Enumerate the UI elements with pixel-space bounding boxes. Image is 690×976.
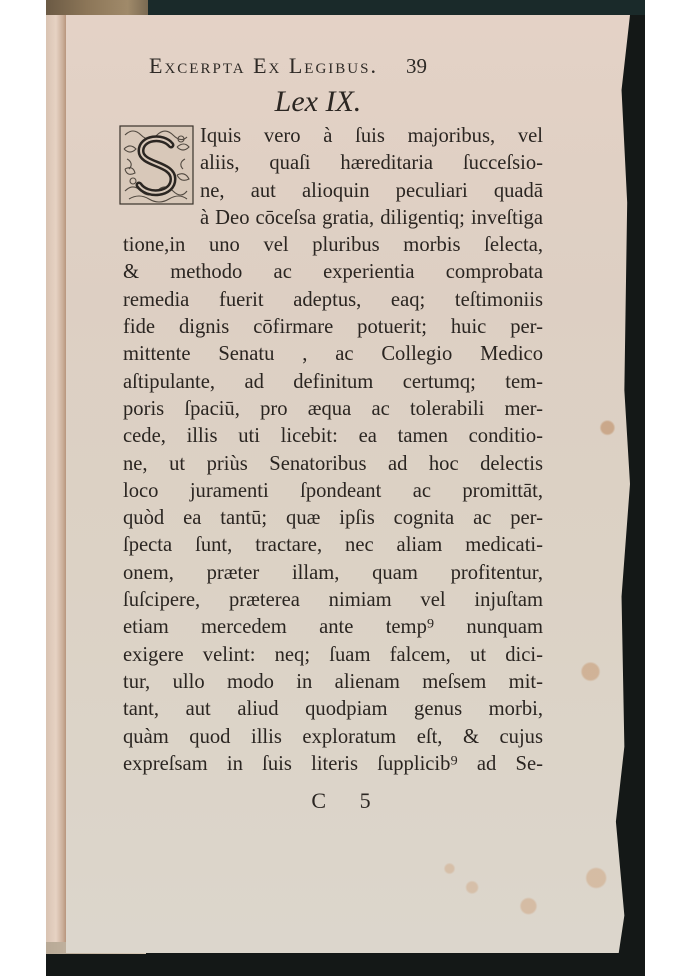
top-edge-strip (46, 0, 148, 15)
text-line: ſpecta ſunt, tractare, nec aliam medicat… (123, 532, 543, 559)
text-line: onem, præter illam, quam profitentur, (123, 560, 543, 587)
text-line: etiam mercedem ante temp⁹ nunquam (123, 614, 543, 641)
text-line: loco juramenti ſpondeant ac promittāt, (123, 478, 543, 505)
text-line: quàm quod illis exploratum eſt, & cujus (123, 724, 543, 751)
page-content: Excerpta Ex Legibus. 39 Lex IX. (123, 53, 543, 814)
text-line: fide dignis cōfirmare potuerit; huic per… (123, 314, 543, 341)
text-line: expreſsam in ſuis literis ſupplicib⁹ ad … (123, 751, 543, 778)
text-line: quòd ea tantū; quæ ipſis cognita ac per- (123, 505, 543, 532)
paper-page: Excerpta Ex Legibus. 39 Lex IX. (66, 15, 630, 953)
text-line: ne, ut priùs Senatoribus ad hoc delectis (123, 451, 543, 478)
running-title: Excerpta Ex Legibus. (149, 53, 378, 79)
text-line: & methodo ac experientia comprobata (123, 259, 543, 286)
text-line: ſuſcipere, præterea nimiam vel injuſtam (123, 587, 543, 614)
running-head: Excerpta Ex Legibus. 39 (123, 53, 543, 85)
text-line: tur, ullo modo in alienam meſsem mit- (123, 669, 543, 696)
section-title: Lex IX. (123, 85, 543, 119)
text-line: poris ſpaciū, pro æqua ac tolerabili mer… (123, 396, 543, 423)
text-line: remedia fuerit adeptus, eaq; teſtimoniis (123, 287, 543, 314)
text-line: exigere velint: neq; ſuam falcem, ut dic… (123, 642, 543, 669)
binding-edge (46, 15, 67, 942)
text-line: aſtipulante, ad definitum certumq; tem- (123, 369, 543, 396)
text-line: à Deo cōceſsa gratia, diligentiq; inveſt… (123, 205, 543, 232)
text-line: cede, illis uti licebit: ea tamen condit… (123, 423, 543, 450)
scanned-book-page: Excerpta Ex Legibus. 39 Lex IX. (46, 0, 645, 976)
decorated-initial-icon (119, 125, 194, 205)
text-line: tione,in uno vel pluribus morbis ſelecta… (123, 232, 543, 259)
body-text: Iquis vero à ſuis majoribus, vel aliis, … (123, 123, 543, 778)
text-line: tant, aut aliud quodpiam genus morbi, (123, 696, 543, 723)
scan-background-top (148, 0, 645, 15)
text-line: mittente Senatu , ac Collegio Medico (123, 341, 543, 368)
signature-mark: C 5 (123, 788, 543, 814)
page-number: 39 (406, 54, 427, 79)
